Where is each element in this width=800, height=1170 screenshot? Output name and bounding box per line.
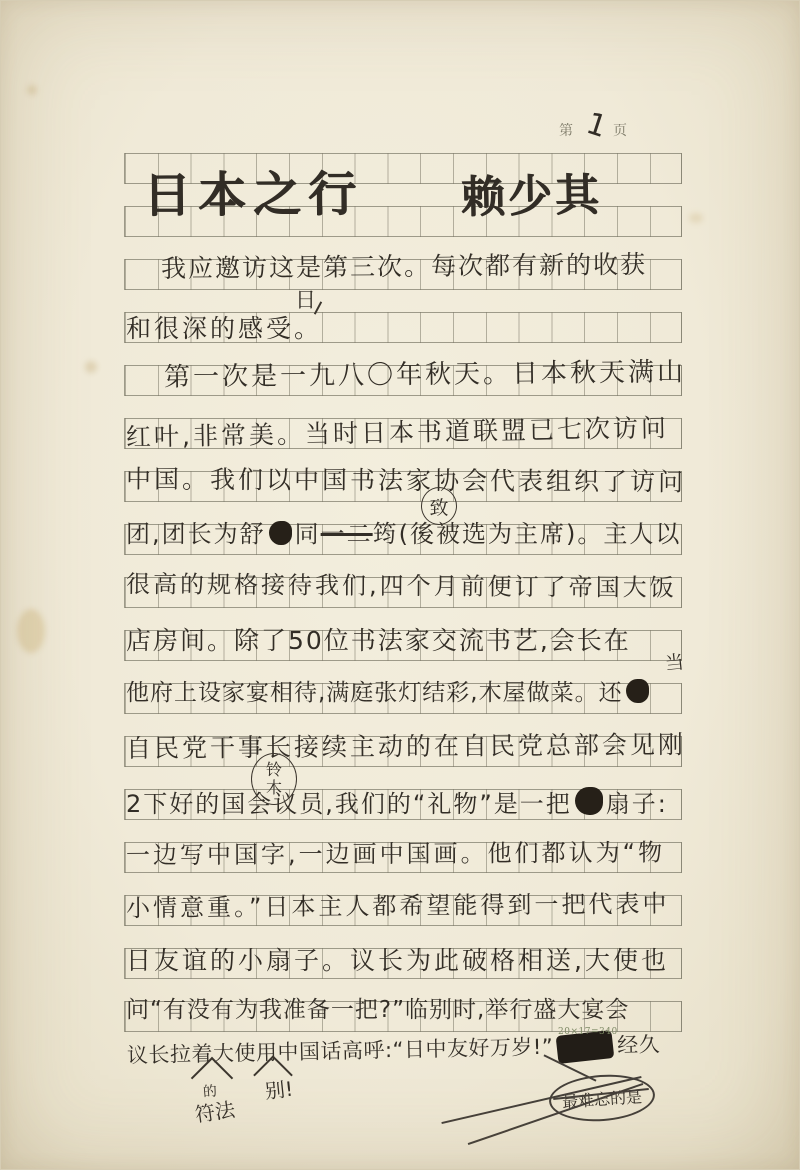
insertion-char: 日	[295, 289, 316, 312]
handwritten-line: 小情意重。”日本主人都希望能得到一把代表中	[126, 891, 670, 922]
ink-blot	[626, 679, 649, 703]
handwritten-line: 和很深的感受。	[126, 315, 322, 343]
paper-stain	[85, 361, 97, 373]
handwritten-line: 店房间。除了50位书法家交流书艺,会长在	[126, 627, 631, 655]
line-text: 扇子:	[606, 790, 668, 818]
grid-spec-label: 20×17=340	[558, 1027, 618, 1037]
paper-stain	[689, 213, 703, 223]
author: 赖少其	[461, 172, 603, 223]
handwritten-line: 自民党干事长接续主动的在自民党总部会见刚	[126, 731, 686, 762]
handwritten-line: 第一次是一九八〇年秋天。日本秋天满山	[164, 358, 686, 392]
handwritten-line: 中国。我们以中国书法家协会代表组织了访问	[126, 466, 686, 496]
line-text: 同	[295, 520, 321, 548]
page-number: 1	[582, 107, 610, 144]
line-text: 团,团长为舒	[126, 520, 266, 548]
insertion-circled: 致	[421, 487, 457, 525]
page-label-suffix: 页	[613, 120, 627, 140]
line-text: 议长拉着大使用中国话高呼:“日中友好万岁!”	[127, 1035, 554, 1068]
line-text: 2下好的国会议员,我们的“礼物”是一把	[126, 790, 572, 818]
line-text: 筠(後被选为主席)。主人以	[373, 520, 682, 548]
insertion-char: 铃木	[264, 761, 284, 798]
line-text: 经久	[617, 1032, 660, 1057]
handwritten-line: 很高的规格接待我们,四个月前便订了帝国大饭	[126, 571, 677, 601]
line-text: 他府上设家宴相待,满庭张灯结彩,木屋做菜。还	[126, 680, 623, 706]
handwritten-line: 我应邀访这是第三次。每次都有新的收获	[161, 251, 647, 283]
handwritten-line: 日友谊的小扇子。议长为此破格相送,大使也	[126, 947, 669, 975]
paper-stain	[27, 85, 37, 95]
ink-blot	[575, 787, 603, 815]
page-label-prefix: 第	[559, 120, 573, 140]
manuscript-page: 第 1 页 日本之行 赖少其 我应邀访这是第三次。每次都有新的收获 日 和很深的…	[0, 0, 800, 1170]
margin-note: 符法	[194, 1098, 237, 1125]
insertion-char: 致	[429, 493, 448, 520]
handwritten-line: 团,团长为舒同一二筠(後被选为主席)。主人以	[126, 521, 681, 547]
handwritten-line: 问“有没有为我准备一把?”临别时,举行盛大宴会	[126, 998, 629, 1023]
struck-text: 一二	[321, 520, 373, 548]
handwritten-line: 一边写中国字,一边画中国画。他们都认为“物	[126, 840, 665, 869]
title: 日本之行	[143, 168, 363, 222]
correction-char: 当	[664, 652, 685, 675]
insertion-circled: 铃木	[251, 753, 297, 805]
ink-blot	[269, 521, 292, 545]
handwritten-line: 2下好的国会议员,我们的“礼物”是一把扇子:	[126, 787, 668, 817]
paper-stain	[17, 609, 45, 653]
handwritten-line: 他府上设家宴相待,满庭张灯结彩,木屋做菜。还	[126, 679, 652, 706]
